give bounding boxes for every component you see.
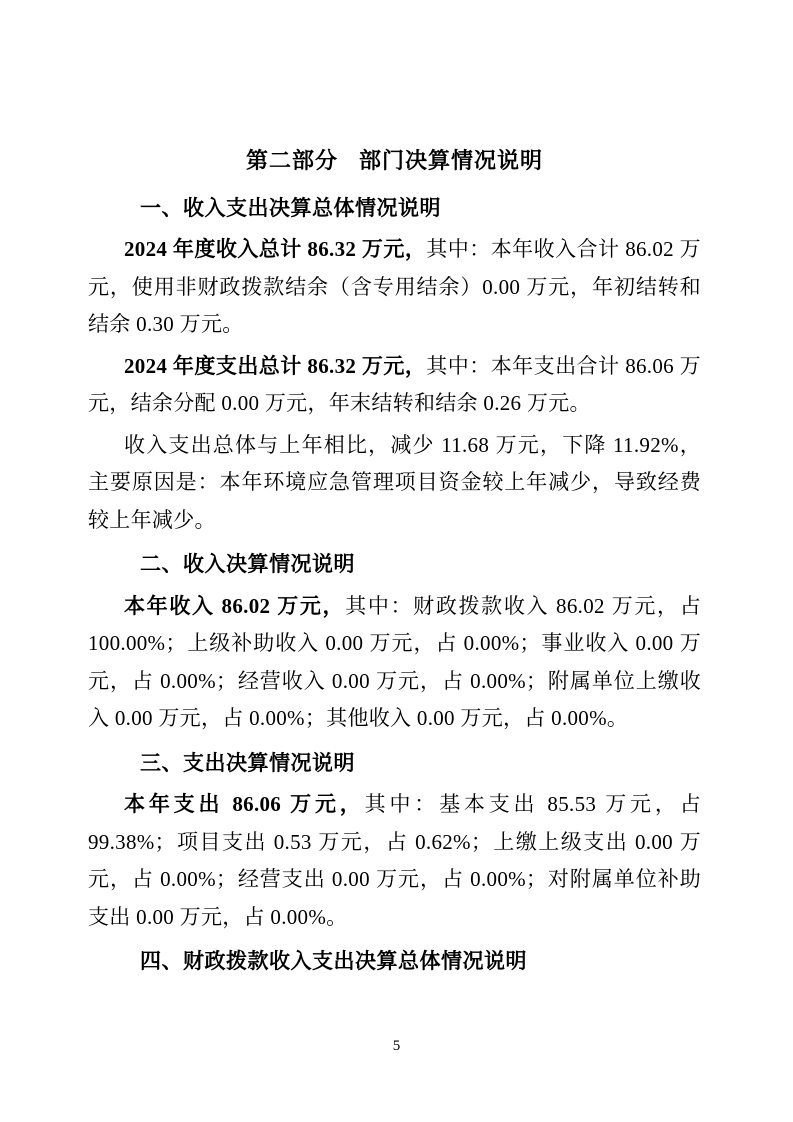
section-heading-2: 二、收入决算情况说明	[88, 546, 701, 584]
document-title: 第二部分 部门决算情况说明	[88, 142, 701, 180]
section-heading-3: 三、支出决算情况说明	[88, 745, 701, 783]
paragraph-lead-bold: 本年支出 86.06 万元，	[124, 792, 365, 816]
paragraph-income-total: 2024 年度收入总计 86.32 万元，其中：本年收入合计 86.02 万元，…	[88, 231, 701, 344]
paragraph-year-comparison: 收入支出总体与上年相比，减少 11.68 万元，下降 11.92%，主要原因是：…	[88, 427, 701, 540]
paragraph-lead-bold: 2024 年度收入总计 86.32 万元，	[124, 237, 426, 261]
section-heading-1: 一、收入支出决算总体情况说明	[88, 190, 701, 228]
page-number: 5	[0, 1038, 793, 1055]
paragraph-lead-bold: 本年收入 86.02 万元，	[124, 594, 345, 618]
paragraph-lead-bold: 2024 年度支出总计 86.32 万元，	[124, 354, 426, 378]
document-page: 第二部分 部门决算情况说明 一、收入支出决算总体情况说明 2024 年度收入总计…	[0, 0, 793, 1122]
paragraph-expenditure-total: 2024 年度支出总计 86.32 万元，其中：本年支出合计 86.06 万元，…	[88, 348, 701, 423]
paragraph-expenditure-detail: 本年支出 86.06 万元，其中：基本支出 85.53 万元，占 99.38%；…	[88, 786, 701, 936]
paragraph-text: 收入支出总体与上年相比，减少 11.68 万元，下降 11.92%，主要原因是：…	[88, 433, 701, 532]
paragraph-income-detail: 本年收入 86.02 万元，其中：财政拨款收入 86.02 万元，占 100.0…	[88, 588, 701, 738]
section-heading-4: 四、财政拨款收入支出决算总体情况说明	[88, 943, 701, 981]
document-content: 第二部分 部门决算情况说明 一、收入支出决算总体情况说明 2024 年度收入总计…	[88, 142, 701, 984]
